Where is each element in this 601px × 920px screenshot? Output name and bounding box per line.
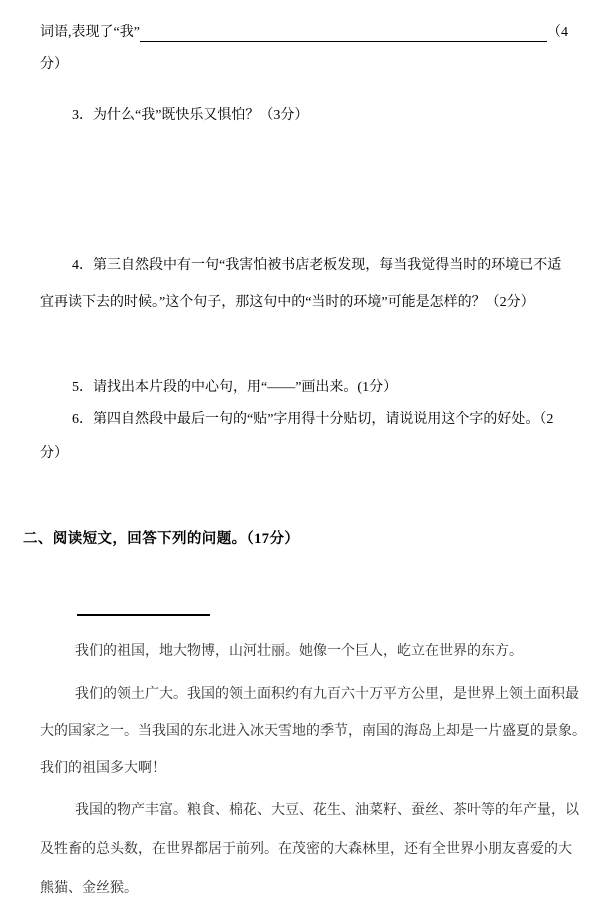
- passage-p2-line-3: 我们的祖国多大啊！: [40, 750, 586, 787]
- answer-blank-underline: [140, 17, 547, 49]
- question-3-text: 3．为什么“我”既快乐又惧怕？（3分）: [40, 100, 308, 132]
- question-6-line-1: 6．第四自然段中最后一句的“贴”字用得十分贴切，请说说用这个字的好处。（2: [40, 403, 553, 437]
- question-4: 4．第三自然段中有一句“我害怕被书店老板发现，每当我觉得当时的环境已不适 宜再读…: [40, 247, 561, 321]
- question-5: 5．请找出本片段的中心句，用“——”画出来。(1分）: [40, 372, 397, 404]
- passage-title-blank-underline: [77, 614, 210, 616]
- question-4-line-1: 4．第三自然段中有一句“我害怕被书店老板发现，每当我觉得当时的环境已不适: [40, 247, 561, 284]
- fill-in-line: 词语,表现了“我” （4: [40, 17, 568, 49]
- question-5-text: 5．请找出本片段的中心句，用“——”画出来。(1分）: [40, 372, 397, 404]
- question-3: 3．为什么“我”既快乐又惧怕？（3分）: [40, 100, 308, 132]
- passage-paragraph-1: 我们的祖国，地大物博，山河壮丽。她像一个巨人，屹立在世界的东方。: [40, 632, 523, 672]
- passage-p1-line-1: 我们的祖国，地大物博，山河壮丽。她像一个巨人，屹立在世界的东方。: [40, 632, 523, 672]
- passage-p2-line-1: 我们的领土广大。我国的领土面积约有九百六十万平方公里，是世界上领土面积最: [40, 676, 586, 713]
- passage-p3-line-3: 熊猫、金丝猴。: [40, 869, 579, 908]
- passage-paragraph-2: 我们的领土广大。我国的领土面积约有九百六十万平方公里，是世界上领土面积最 大的国…: [40, 676, 586, 787]
- question-4-line-2: 宜再读下去的时候。”这个句子，那这句中的“当时的环境”可能是怎样的？（2分）: [40, 284, 561, 321]
- fill-in-score: （4: [547, 17, 568, 49]
- question-6: 6．第四自然段中最后一句的“贴”字用得十分贴切，请说说用这个字的好处。（2 分）: [40, 403, 553, 471]
- section-two-heading: 二、阅读短文，回答下列的问题。（17分）: [23, 527, 299, 551]
- fill-in-question: 词语,表现了“我” （4 分）: [40, 17, 568, 81]
- exam-page: 词语,表现了“我” （4 分） 3．为什么“我”既快乐又惧怕？（3分） 4．第三…: [0, 0, 601, 920]
- question-6-line-2: 分）: [40, 437, 553, 471]
- passage-paragraph-3: 我国的物产丰富。粮食、棉花、大豆、花生、油菜籽、蚕丝、茶叶等的年产量，以 及牲畜…: [40, 791, 579, 908]
- passage-p3-line-2: 及牲畜的总头数，在世界都居于前列。在茂密的大森林里，还有全世界小朋友喜爱的大: [40, 830, 579, 869]
- fill-in-prefix: 词语,表现了“我”: [40, 17, 140, 49]
- passage-p2-line-2: 大的国家之一。当我国的东北进入冰天雪地的季节，南国的海岛上却是一片盛夏的景象。: [40, 713, 586, 750]
- fill-in-wrap: 分）: [40, 49, 568, 81]
- passage-p3-line-1: 我国的物产丰富。粮食、棉花、大豆、花生、油菜籽、蚕丝、茶叶等的年产量，以: [40, 791, 579, 830]
